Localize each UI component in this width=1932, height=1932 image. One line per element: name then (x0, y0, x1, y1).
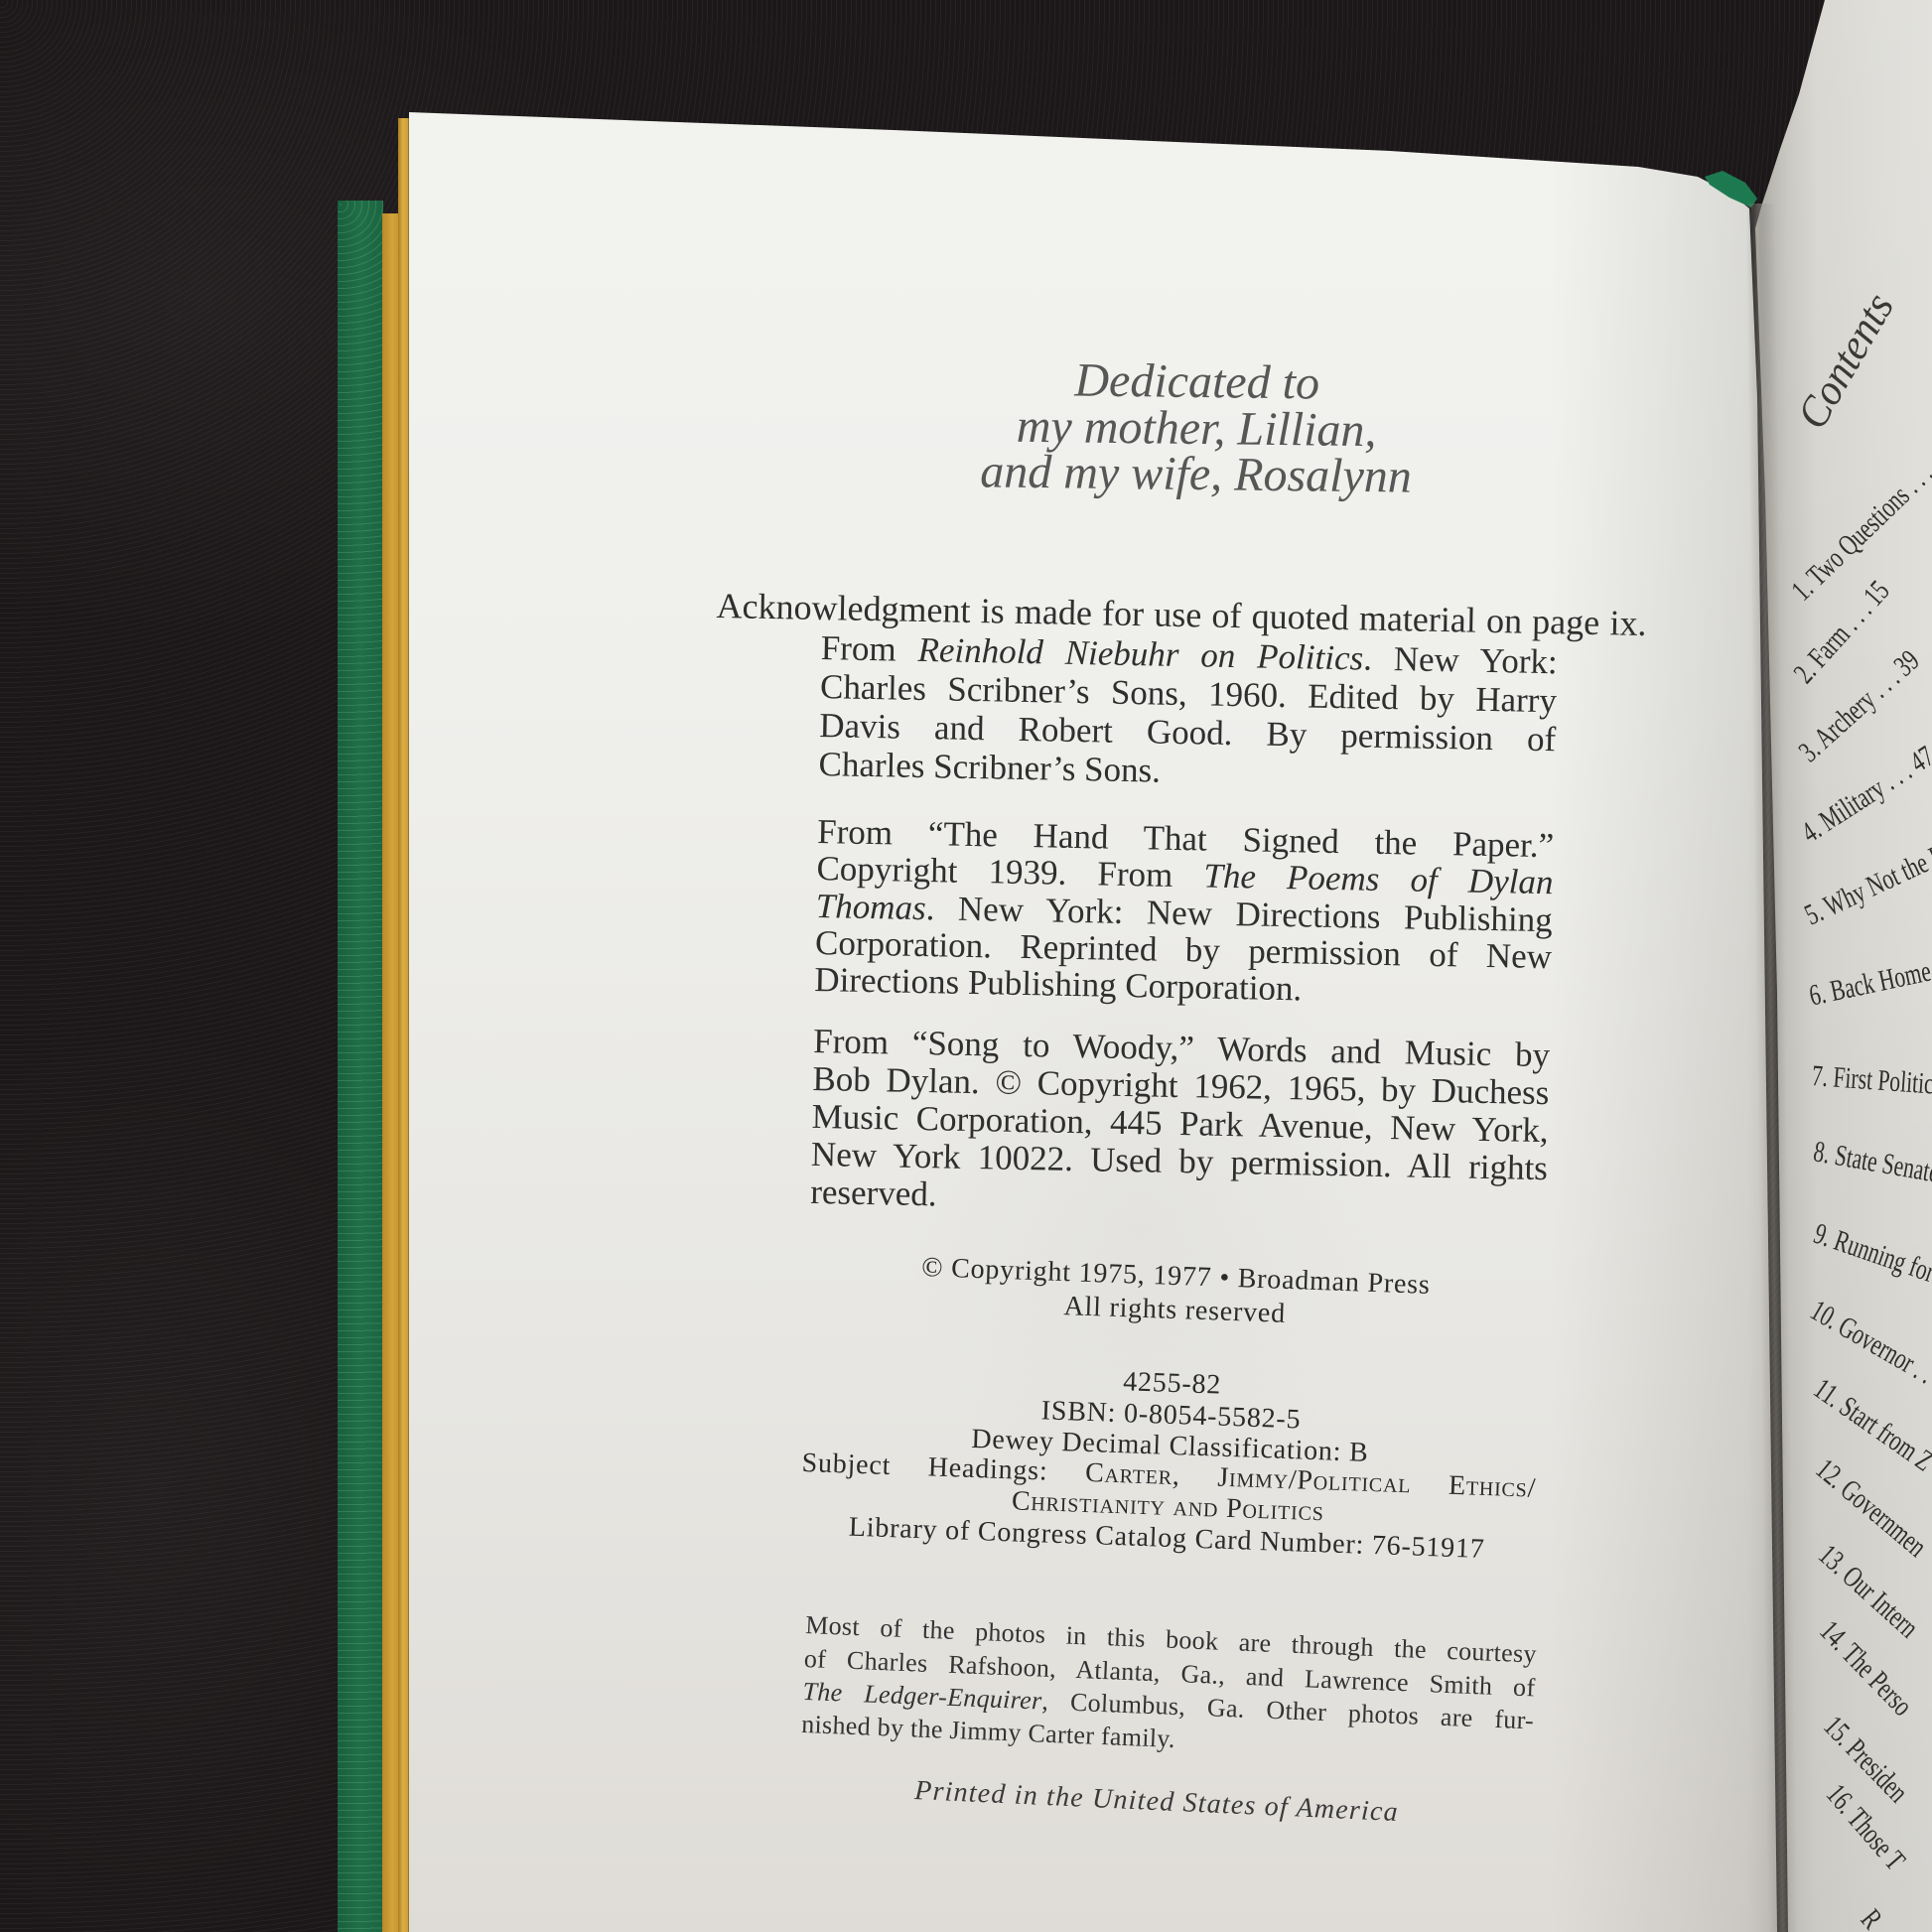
ack-line: Directions Publishing Corporation. (814, 961, 1303, 1008)
text: . New York: (1363, 639, 1558, 682)
ack-line: Charles Scribner’s Sons. (818, 746, 1161, 790)
dedication: Dedicated to my mother, Lillian, and my … (892, 355, 1501, 501)
book-title: Thomas (815, 887, 926, 927)
photo-credits: Most of the photos in this book are thro… (800, 1608, 1537, 1776)
page-edge-yellow-inner (398, 118, 409, 1932)
acknowledgments: Acknowledgment is made for use of quoted… (705, 586, 1670, 1239)
book-cover-green (338, 201, 383, 1932)
ack-line: reserved. (810, 1173, 937, 1213)
copyright-block: © Copyright 1975, 1977 • Broadman Press … (798, 1248, 1543, 1582)
dedication-line: and my wife, Rosalynn (892, 448, 1500, 501)
page-edge-yellow-outer (382, 213, 399, 1932)
text: From (820, 628, 917, 669)
